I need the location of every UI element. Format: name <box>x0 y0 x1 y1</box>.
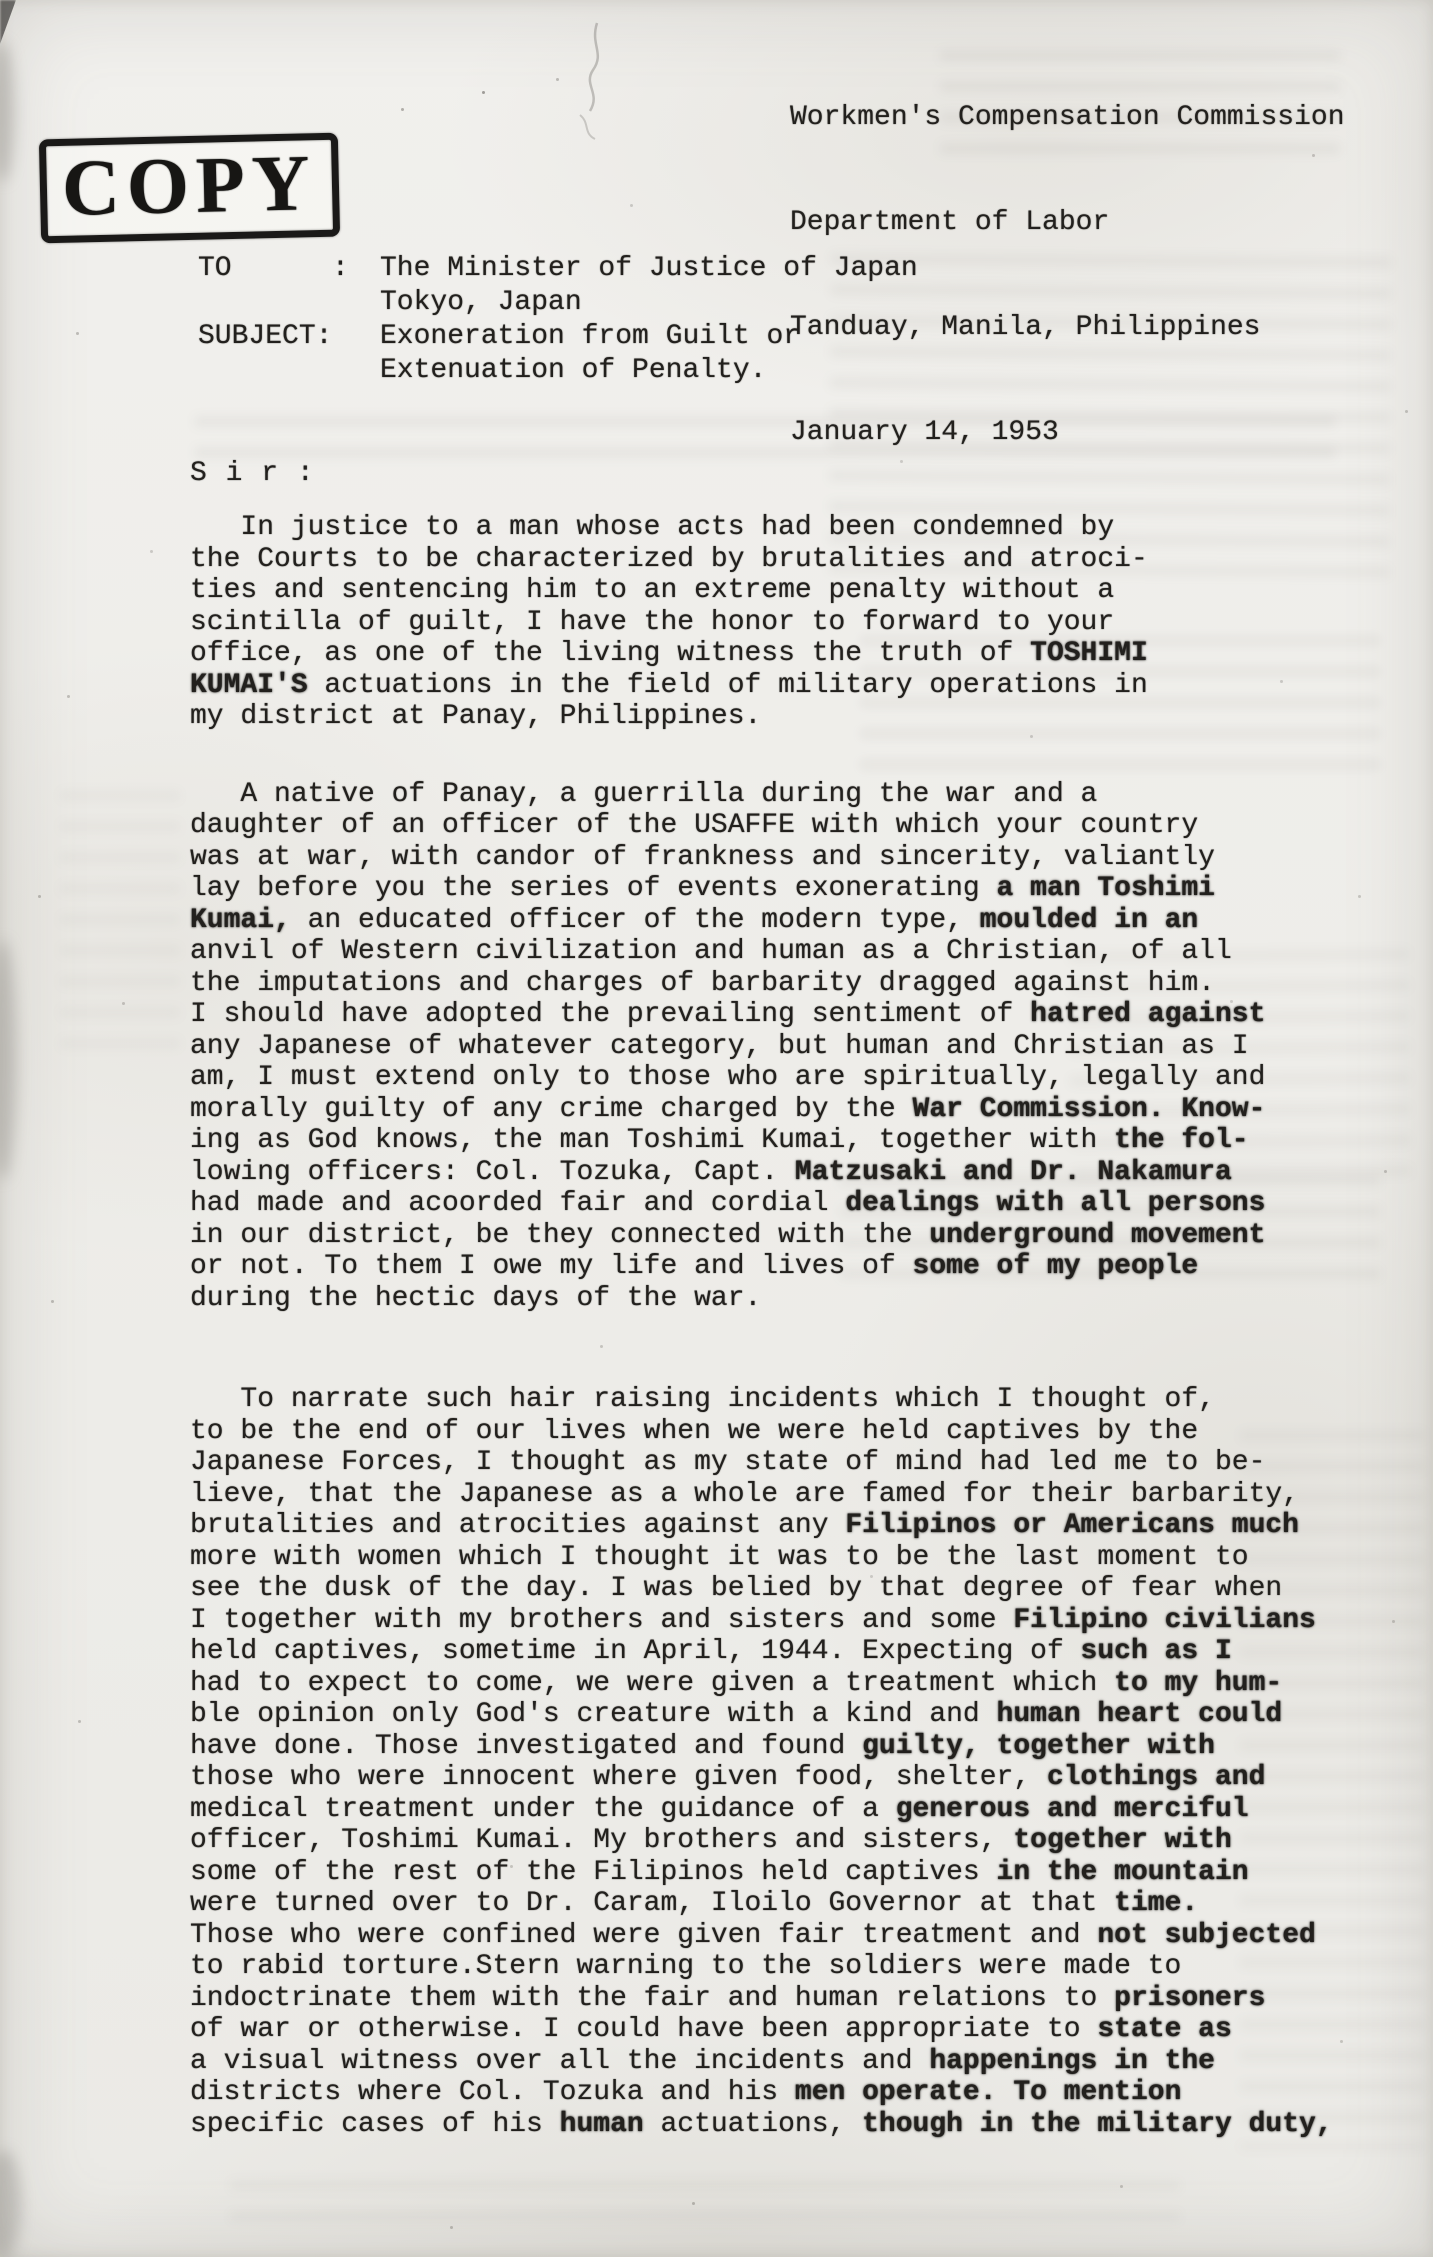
bleed-through-ghost <box>230 2180 1180 2240</box>
to-value: The Minister of Justice of Japan Tokyo, … <box>380 252 918 320</box>
paragraph-1: In justice to a man whose acts had been … <box>190 512 1333 733</box>
subject-value-line: Exoneration from Guilt or <box>380 320 918 354</box>
subject-value-line: Extenuation of Penalty. <box>380 354 918 388</box>
to-value-line: Tokyo, Japan <box>380 286 918 320</box>
subject-label: SUBJECT: <box>198 320 332 388</box>
subject-colon-spacer <box>332 320 380 388</box>
edge-smudge <box>0 2150 21 2257</box>
edge-smudge <box>0 940 17 1180</box>
to-label: TO <box>198 252 332 320</box>
document-page: Workmen's Compensation Commission Depart… <box>0 0 1433 2257</box>
scan-corner-artifact <box>0 0 16 44</box>
letterhead-organization: Workmen's Compensation Commission <box>790 100 1345 135</box>
pencil-mark <box>535 15 645 145</box>
salutation: S i r : <box>190 458 315 489</box>
recipient-block: TO : The Minister of Justice of Japan To… <box>198 252 918 388</box>
paragraph-2: A native of Panay, a guerrilla during th… <box>190 779 1333 1315</box>
copy-stamp: COPY <box>39 133 340 244</box>
bleed-through-ghost <box>60 790 180 1050</box>
letterhead-department: Department of Labor <box>790 205 1345 240</box>
letterhead-date: January 14, 1953 <box>790 415 1345 450</box>
to-value-line: The Minister of Justice of Japan <box>380 252 918 286</box>
to-colon: : <box>332 252 380 320</box>
letter-body: In justice to a man whose acts had been … <box>190 512 1333 2140</box>
paragraph-3: To narrate such hair raising incidents w… <box>190 1384 1333 2140</box>
edge-smudge <box>0 42 15 182</box>
subject-value: Exoneration from Guilt or Extenuation of… <box>380 320 918 388</box>
copy-stamp-text: COPY <box>61 139 318 233</box>
